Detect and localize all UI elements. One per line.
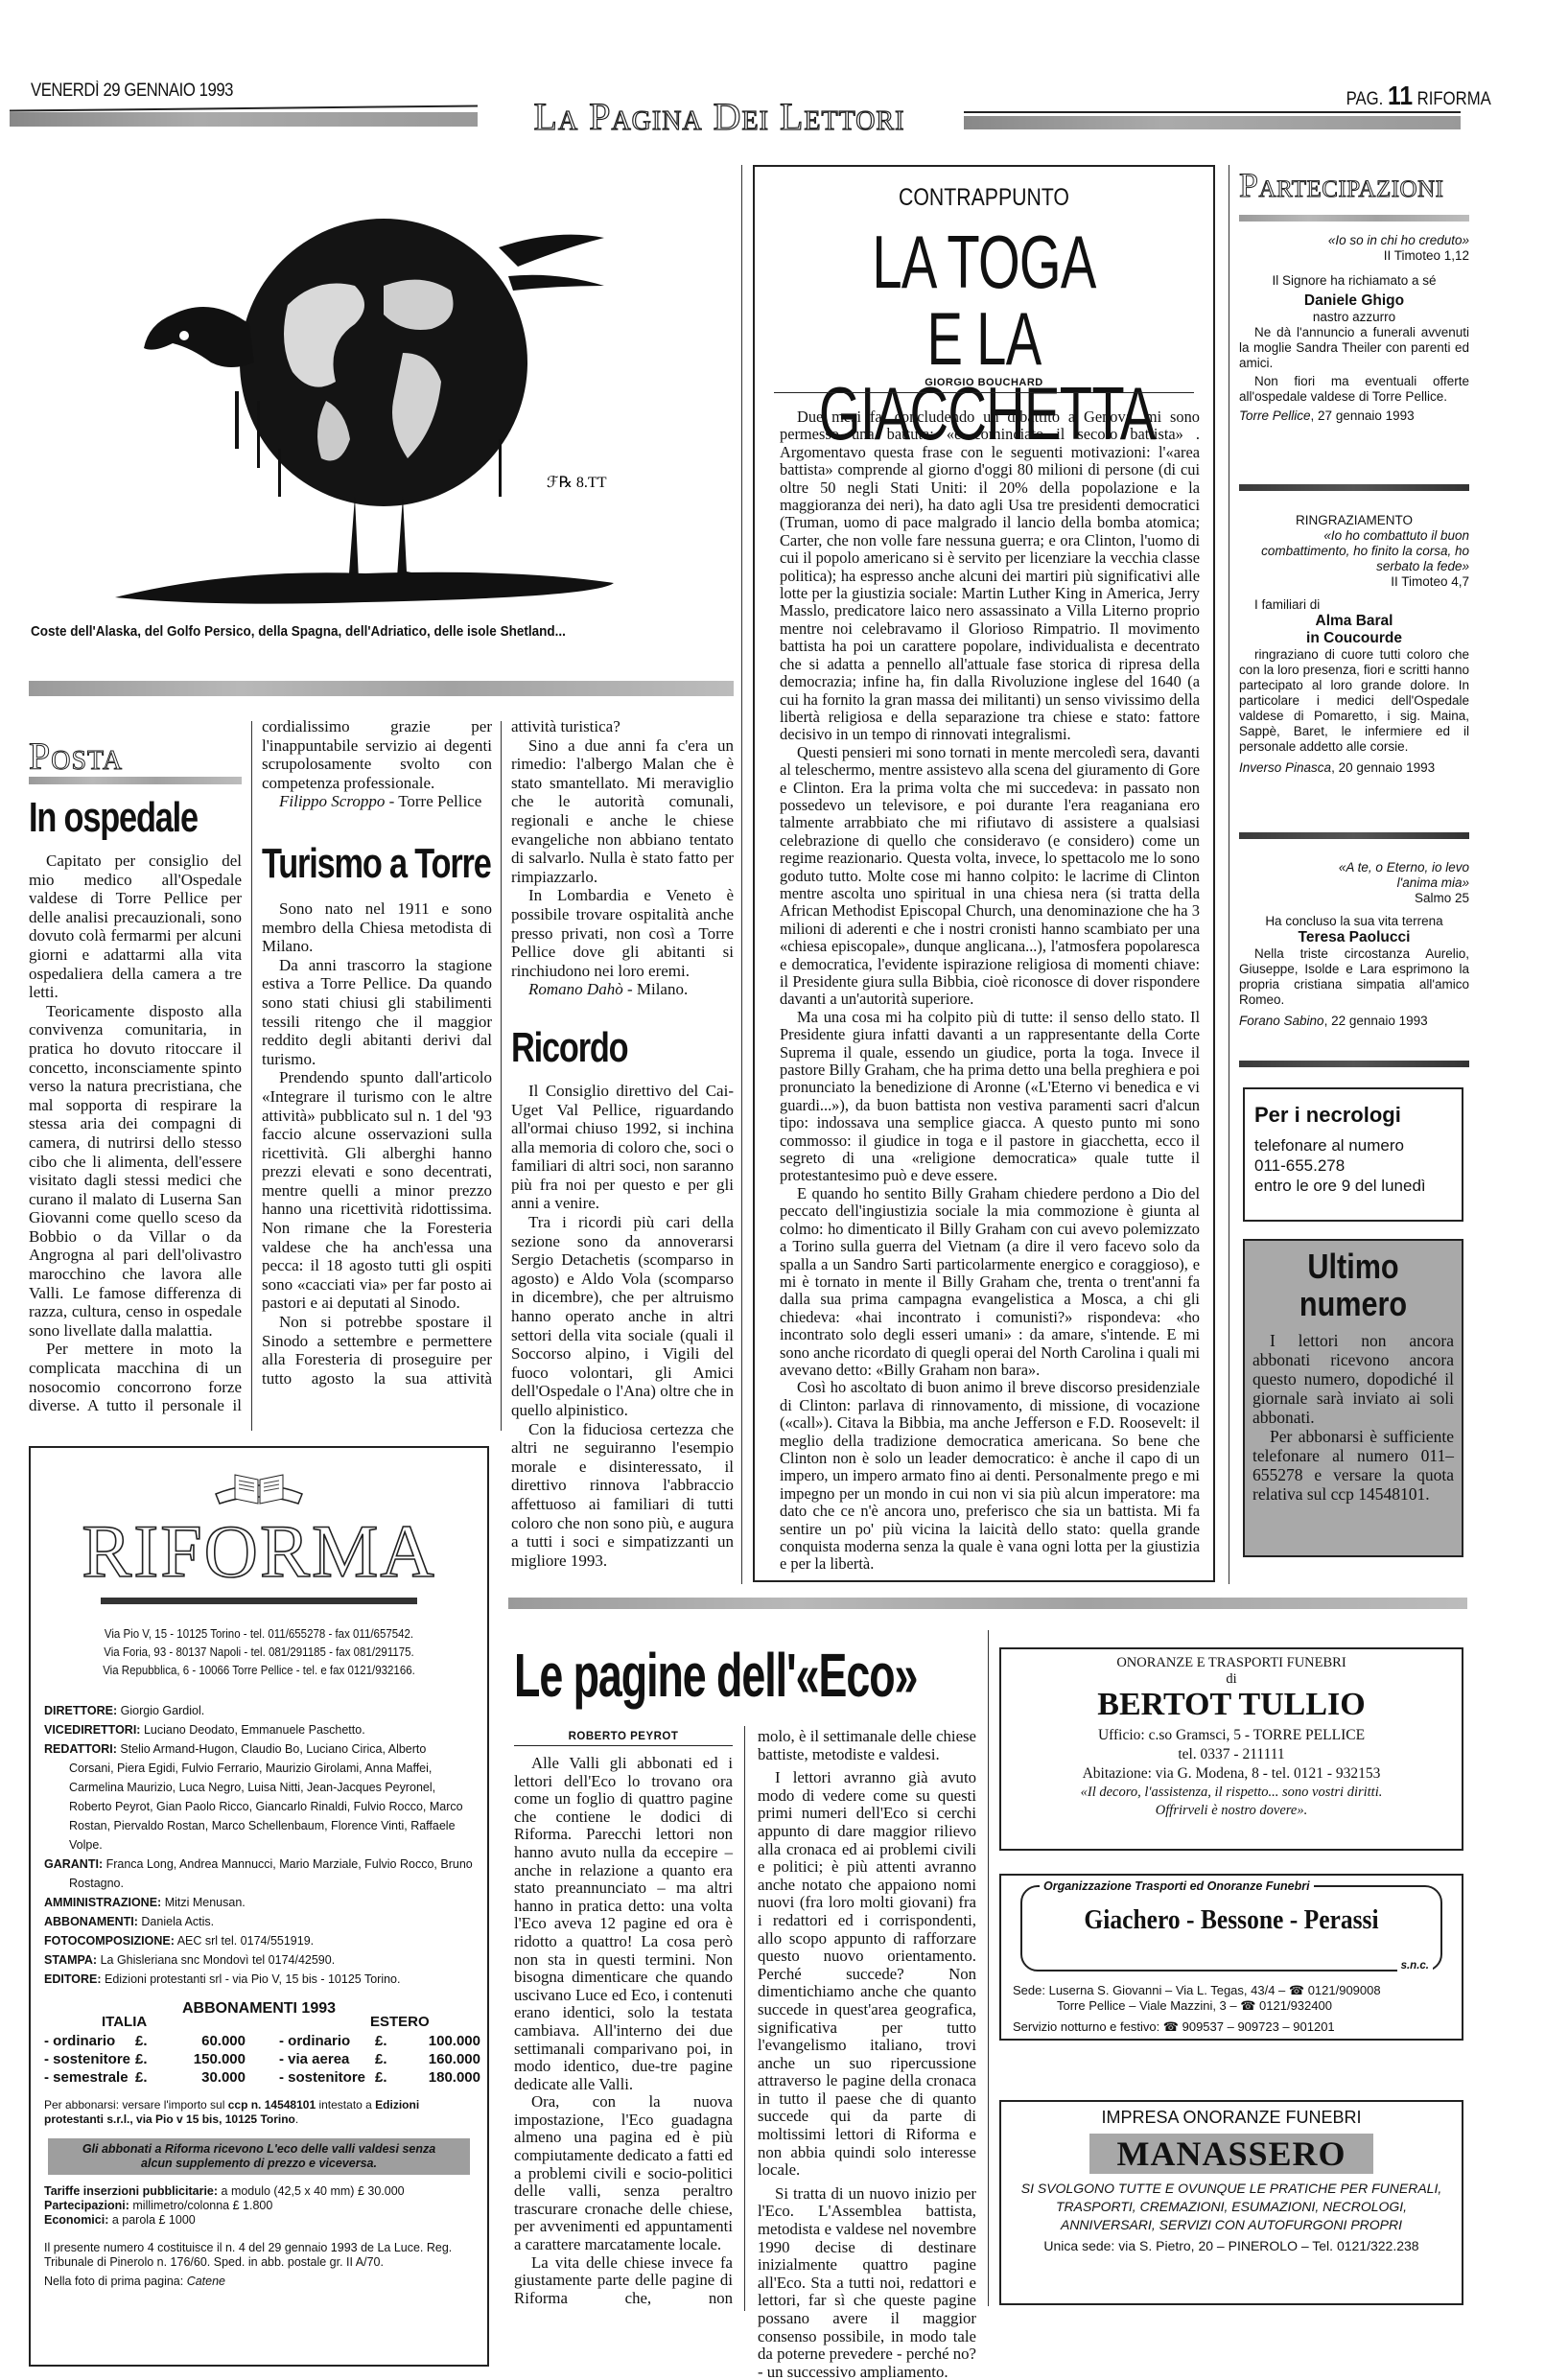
notice-intro: I familiari di xyxy=(1239,597,1469,613)
notice-paragraph: Nella triste circostanza Aurelio, Giusep… xyxy=(1239,946,1469,1008)
letter-paragraph: Con la fiduciosa certezza che altri ne s… xyxy=(511,1420,734,1571)
section-divider-band xyxy=(508,1598,1467,1609)
book-logo-icon xyxy=(206,1465,312,1513)
subscription-row: - sostenitore£.150.000 xyxy=(44,2050,246,2068)
bertot-line1: ONORANZE E TRASPORTI FUNEBRI xyxy=(1001,1655,1462,1671)
notice-place: Torre Pellice xyxy=(1239,408,1311,423)
subscription-row: - ordinario£.60.000 xyxy=(44,2032,246,2050)
notice-ref: II Timoteo 4,7 xyxy=(1239,574,1469,590)
letter-paragraph: Non si potrebbe spostare il Sinodo a set… xyxy=(262,1313,492,1388)
notice-dateline: Forano Sabino, 22 gennaio 1993 xyxy=(1239,1014,1469,1029)
staff-row: ABBONAMENTI: Daniela Actis. xyxy=(44,1912,474,1931)
necrologi-info-box: Per i necrologi telefonare al numero 011… xyxy=(1243,1087,1463,1222)
eco-paragraph: Ora, con la nuova impostazione, l'Eco gu… xyxy=(514,2093,733,2253)
ultimo-numero-box: Ultimo numero I lettori non ancora abbon… xyxy=(1243,1239,1463,1557)
notice-ref: Salmo 25 xyxy=(1239,891,1469,906)
notice-quote: «A te, o Eterno, io levo l'anima mia» xyxy=(1339,860,1469,890)
article-author: GIORGIO BOUCHARD xyxy=(774,377,1194,393)
ad-rates: Tariffe inserzioni pubblicitarie: a modu… xyxy=(44,2184,474,2228)
notice-ghigo: «Io so in chi ho creduto» II Timoteo 1,1… xyxy=(1239,233,1469,424)
notice-place: Inverso Pinasca xyxy=(1239,760,1331,775)
letter-title-ricordo: Ricordo xyxy=(511,1024,685,1072)
letter-signature: Filippo Scroppo - Torre Pellice xyxy=(262,792,492,811)
column-rule xyxy=(741,165,742,1584)
staff-row: GARANTI: Franca Long, Andrea Mannucci, M… xyxy=(44,1855,474,1893)
address-torino: Via Pio V, 15 - 10125 Torino - tel. 011/… xyxy=(61,1625,456,1644)
subscription-italia-list: - ordinario£.60.000 - sostenitore£.150.0… xyxy=(44,2032,246,2087)
address-torre-pellice: Via Repubblica, 6 - 10066 Torre Pellice … xyxy=(61,1662,456,1680)
column-rule xyxy=(744,1726,745,2311)
posta-column-3: attività turistica? Sino a due anni fa c… xyxy=(511,717,734,1570)
cartoon-oil-bird-globe: ℱ℞ 8.TT xyxy=(96,161,633,612)
rate-row: Partecipazioni: millimetro/colonna £ 1.8… xyxy=(44,2199,474,2213)
ultimo-title-2: numero xyxy=(1268,1285,1440,1323)
manassero-services: SI SVOLGONO TUTTE E OVUNQUE LE PRATICHE … xyxy=(1001,2180,1462,2234)
notice-quote: «Io so in chi ho creduto» xyxy=(1328,233,1469,247)
notice-date: , 27 gennaio 1993 xyxy=(1311,408,1415,423)
bertot-slogan-2: Offrirveli è nostro dovere». xyxy=(1001,1802,1462,1820)
subscription-table: ABBONAMENTI 1993 ITALIA ESTERO - ordinar… xyxy=(44,2000,474,2092)
header-rule-right xyxy=(964,111,1461,130)
ad-giachero-bessone-perassi: Organizzazione Trasporti ed Onoranze Fun… xyxy=(999,1874,1463,2041)
staff-row: AMMINISTRAZIONE: Mitzi Menusan. xyxy=(44,1893,474,1912)
manassero-line1: IMPRESA ONORANZE FUNEBRI xyxy=(1001,2108,1462,2128)
cartoon-signature: ℱ℞ 8.TT xyxy=(547,475,607,491)
eco-column-1: Alle Valli gli abbonati ed i lettori del… xyxy=(514,1755,733,2308)
letter-paragraph: Da anni trascorro la stagione estiva a T… xyxy=(262,956,492,1069)
paper-name: RIFORMA xyxy=(1417,89,1491,109)
subscription-estero-label: ESTERO xyxy=(370,2014,430,2030)
letter-paragraph: Per mettere in moto la complicata macchi… xyxy=(29,1340,242,1414)
letter-title-turismo: Turismo a Torre xyxy=(262,840,441,888)
page-number: 11 xyxy=(1388,81,1413,110)
signature-place: - Milano. xyxy=(623,980,689,998)
bertot-slogan-1: «Il decoro, l'assistenza, il rispetto...… xyxy=(1001,1784,1462,1802)
staff-row: DIRETTORE: Giorgio Gardiol. xyxy=(44,1701,474,1720)
issue-date: VENERDÌ 29 GENNAIO 1993 xyxy=(31,81,233,102)
contrappunto-article-box: CONTRAPPUNTO LA TOGA E LA GIACCHETTA GIO… xyxy=(753,165,1215,1582)
notice-heading: RINGRAZIAMENTO xyxy=(1239,513,1469,528)
notice-intro: Ha concluso la sua vita terrena xyxy=(1239,914,1469,929)
eco-paragraph: Alle Valli gli abbonati ed i lettori del… xyxy=(514,1755,733,2093)
column-rule xyxy=(501,721,502,1431)
section-divider-band xyxy=(29,681,734,696)
letter-paragraph: Tra i ricordi più cari della sezione son… xyxy=(511,1213,734,1420)
notice-ref: II Timoteo 1,12 xyxy=(1239,248,1469,264)
eco-column-2: molo, è il settimanale delle chiese batt… xyxy=(758,1728,976,2380)
legal-notice: Il presente numero 4 costituisce il n. 4… xyxy=(44,2241,474,2270)
article-title-line1: LA TOGA xyxy=(819,224,1149,299)
page-label: PAG. xyxy=(1346,89,1384,109)
article-paragraph: Due mesi fa, concludendo un dibattito a … xyxy=(780,408,1200,744)
manassero-address: Unica sede: via S. Pietro, 20 – PINEROLO… xyxy=(1001,2238,1462,2253)
letter-paragraph-cont: cordialissimo grazie per l'inappuntabile… xyxy=(262,717,492,792)
rate-row: Tariffe inserzioni pubblicitarie: a modu… xyxy=(44,2184,474,2199)
rate-row: Economici: a parola £ 1000 xyxy=(44,2213,474,2228)
signature-place: - Torre Pellice xyxy=(385,792,481,810)
subscription-estero-list: - ordinario£.100.000 - via aerea£.160.00… xyxy=(279,2032,480,2087)
article-paragraph: E quando ho sentito Billy Graham chieder… xyxy=(780,1185,1200,1379)
staff-row: VICEDIRETTORI: Luciano Deodato, Emmanuel… xyxy=(44,1720,474,1739)
letter-paragraph: In Lombardia e Veneto è possibile trovar… xyxy=(511,886,734,980)
photo-note: Nella foto di prima pagina: Catene xyxy=(44,2275,474,2289)
riforma-masthead-box: RIFORMA Via Pio V, 15 - 10125 Torino - t… xyxy=(29,1446,489,2367)
manassero-name: MANASSERO xyxy=(1089,2134,1372,2174)
subscription-row: - sostenitore£.180.000 xyxy=(279,2068,480,2087)
giachero-tagline: Organizzazione Trasporti ed Onoranze Fun… xyxy=(1040,1879,1314,1893)
notice-subname: nastro azzurro xyxy=(1239,310,1469,325)
addresses: Via Pio V, 15 - 10125 Torino - tel. 011/… xyxy=(61,1625,456,1680)
notice-intro: Il Signore ha richiamato a sé xyxy=(1239,273,1469,289)
article-paragraph: Questi pensieri mi sono tornati in mente… xyxy=(780,744,1200,1009)
giachero-night-service: Servizio notturno e festivo: ☎ 909537 – … xyxy=(1013,2019,1335,2035)
letter-paragraph: Il Consiglio direttivo del Cai-Uget Val … xyxy=(511,1082,734,1213)
column-rule xyxy=(1229,165,1229,1584)
riforma-logo-text: RIFORMA xyxy=(44,1513,474,1590)
staff-list: DIRETTORE: Giorgio Gardiol. VICEDIRETTOR… xyxy=(44,1701,474,1989)
signature-name: Filippo Scroppo xyxy=(279,792,385,810)
notice-baral: RINGRAZIAMENTO «Io ho combattuto il buon… xyxy=(1239,513,1469,776)
address-napoli: Via Foria, 93 - 80137 Napoli - tel. 081/… xyxy=(61,1644,456,1662)
notice-paragraph: ringraziano di cuore tutti coloro che co… xyxy=(1239,647,1469,755)
bertot-tel: tel. 0337 - 211111 xyxy=(1001,1745,1462,1764)
section-title: La Pagina Dei Lettori xyxy=(480,94,959,139)
notice-separator xyxy=(1239,832,1469,839)
notice-paolucci: «A te, o Eterno, io levo l'anima mia» Sa… xyxy=(1239,860,1469,1029)
giachero-sede-1: Sede: Luserna S. Giovanni – Via L. Tegas… xyxy=(1013,1983,1381,1998)
payment-instructions: Per abbonarsi: versare l'importo sul ccp… xyxy=(44,2098,474,2127)
article-kicker: CONTRAPPUNTO xyxy=(789,184,1179,212)
staff-row: FOTOCOMPOSIZIONE: AEC srl tel. 0174/5519… xyxy=(44,1931,474,1950)
ad-manassero: IMPRESA ONORANZE FUNEBRI MANASSERO SI SV… xyxy=(999,2100,1463,2305)
letter-paragraph-cont: attività turistica? xyxy=(511,717,734,736)
notice-name: Teresa Paolucci xyxy=(1239,929,1469,946)
notice-quote: «Io ho combattuto il buon combattimento,… xyxy=(1261,528,1469,573)
bertot-name: BERTOT TULLIO xyxy=(1001,1688,1462,1722)
column-rule xyxy=(988,1630,989,2306)
eco-article-title: Le pagine dell'«Eco» xyxy=(514,1642,917,1709)
eco-subscription-banner: Gli abbonati a Riforma ricevono L'eco de… xyxy=(48,2138,470,2175)
cartoon-caption: Coste dell'Alaska, del Golfo Persico, de… xyxy=(31,623,566,640)
notice-name: Daniele Ghigo xyxy=(1239,292,1469,310)
giachero-sede-2: Torre Pellice – Viale Mazzini, 3 – ☎ 012… xyxy=(1057,1998,1332,2014)
letter-title-ospedale: In ospedale xyxy=(29,794,195,842)
giachero-name: Giachero - Bessone - Perassi xyxy=(1029,1904,1434,1936)
bertot-line2: di xyxy=(1001,1671,1462,1688)
bertot-home: Abitazione: via G. Modena, 8 - tel. 0121… xyxy=(1001,1764,1462,1784)
notice-name: Alma Baral xyxy=(1239,613,1469,630)
necrologi-line: telefonare al numero xyxy=(1254,1135,1452,1155)
notice-place: Forano Sabino xyxy=(1239,1014,1324,1028)
notice-separator xyxy=(1239,484,1469,491)
letter-paragraph: Sono nato nel 1911 e sono membro della C… xyxy=(262,899,492,956)
letter-paragraph: Sino a due anni fa c'era un rimedio: l'a… xyxy=(511,736,734,887)
eco-paragraph: La vita delle chiese invece fa giustamen… xyxy=(514,2254,733,2308)
letter-paragraph: Prendendo spunto dall'articolo «Integrar… xyxy=(262,1068,492,1313)
ad-bertot-tullio: ONORANZE E TRASPORTI FUNEBRI di BERTOT T… xyxy=(999,1647,1463,1851)
posta-divider xyxy=(29,777,242,784)
posta-column-2: cordialissimo grazie per l'inappuntabile… xyxy=(262,717,492,1388)
subscription-row: - ordinario£.100.000 xyxy=(279,2032,480,2050)
notice-paragraph: Ne dà l'annuncio a funerali avvenuti la … xyxy=(1239,325,1469,371)
subscription-row: - via aerea£.160.000 xyxy=(279,2050,480,2068)
staff-row: REDATTORI: Stelio Armand-Hugon, Claudio … xyxy=(44,1739,474,1855)
partecipazioni-title: Partecipazioni xyxy=(1239,165,1443,205)
necrologi-title: Per i necrologi xyxy=(1254,1103,1452,1128)
eco-paragraph: I lettori avranno già avuto modo di vede… xyxy=(758,1769,976,2180)
letter-signature: Romano Dahò - Milano. xyxy=(511,980,734,999)
staff-row: STAMPA: La Ghisleriana snc Mondovì tel 0… xyxy=(44,1950,474,1970)
notice-paragraph: Non fiori ma eventuali offerte all'osped… xyxy=(1239,374,1469,405)
posta-column-1: In ospedale Capitato per consiglio del m… xyxy=(29,794,242,1414)
staff-row: EDITORE: Edizioni protestanti srl - via … xyxy=(44,1970,474,1989)
article-paragraph: Ma una cosa mi ha colpito più di tutte: … xyxy=(780,1009,1200,1185)
notice-date: , 20 gennaio 1993 xyxy=(1331,760,1435,775)
ultimo-title-1: Ultimo xyxy=(1268,1248,1440,1285)
ultimo-paragraph: I lettori non ancora abbonati ricevono a… xyxy=(1252,1331,1454,1427)
eco-paragraph-cont: molo, è il settimanale delle chiese batt… xyxy=(758,1728,976,1763)
notice-date: , 22 gennaio 1993 xyxy=(1324,1014,1428,1028)
giachero-suffix: s.n.c. xyxy=(1397,1960,1433,1972)
header-rule-left xyxy=(10,107,478,128)
page-indicator: PAG. 11 RIFORMA xyxy=(1346,81,1491,111)
notice-dateline: Inverso Pinasca, 20 gennaio 1993 xyxy=(1239,760,1469,776)
subscription-row: - semestrale£.30.000 xyxy=(44,2068,246,2087)
letter-paragraph: Capitato per consiglio del mio medico al… xyxy=(29,852,242,1002)
notice-name-2: in Coucourde xyxy=(1239,630,1469,647)
column-rule xyxy=(251,721,252,1431)
necrologi-deadline: entro le ore 9 del lunedì xyxy=(1254,1176,1452,1196)
necrologi-phone: 011-655.278 xyxy=(1254,1155,1452,1176)
partecipazioni-divider xyxy=(1239,215,1469,222)
eco-article-author: ROBERTO PEYROT xyxy=(514,1731,733,1746)
article-body: Due mesi fa, concludendo un dibattito a … xyxy=(780,408,1200,1574)
ultimo-paragraph: Per abbonarsi è sufficiente telefonare a… xyxy=(1252,1427,1454,1504)
eco-paragraph: Si tratta di un nuovo inizio per l'Eco. … xyxy=(758,2185,976,2380)
subscription-italia-label: ITALIA xyxy=(102,2014,147,2030)
masthead-rule xyxy=(101,1598,417,1604)
notice-dateline: Torre Pellice, 27 gennaio 1993 xyxy=(1239,408,1469,424)
letter-paragraph: Teoricamente disposto alla convivenza co… xyxy=(29,1002,242,1341)
notice-separator xyxy=(1239,1061,1469,1067)
article-paragraph: Così ho ascoltato di buon animo il breve… xyxy=(780,1379,1200,1573)
posta-section-title: Posta xyxy=(29,734,123,779)
bertot-office: Ufficio: c.so Gramsci, 5 - TORRE PELLICE xyxy=(1001,1726,1462,1745)
signature-name: Romano Dahò xyxy=(528,980,623,998)
